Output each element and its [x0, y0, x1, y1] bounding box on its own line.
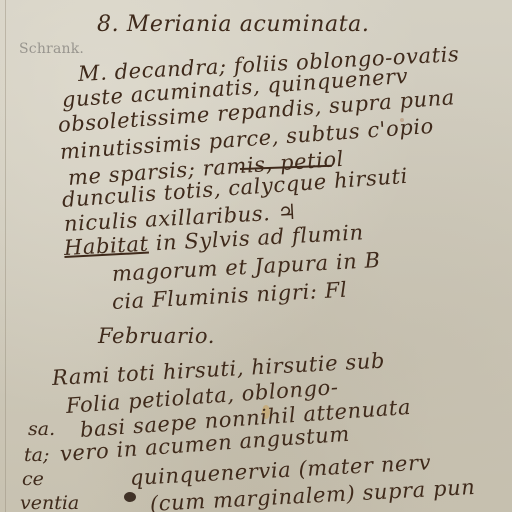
species-heading: 8. Meriania acuminata.	[97, 12, 369, 37]
species-number: 8.	[97, 12, 119, 37]
margin-fragment: ce	[22, 468, 44, 490]
collection-stamp: Schrank.	[19, 41, 84, 57]
habitat-label: Habitat	[63, 232, 149, 260]
margin-fragment: sa.	[28, 418, 55, 440]
ink-blot	[124, 492, 136, 502]
page-edge-line	[5, 0, 6, 512]
margin-fragment: ta;	[24, 444, 49, 466]
species-title: Meriania acuminata.	[127, 12, 370, 37]
text-line: Februario.	[98, 324, 215, 348]
margin-fragment: ventia	[20, 492, 79, 512]
manuscript-page: Schrank. 8. Meriania acuminata. M. decan…	[0, 0, 512, 512]
